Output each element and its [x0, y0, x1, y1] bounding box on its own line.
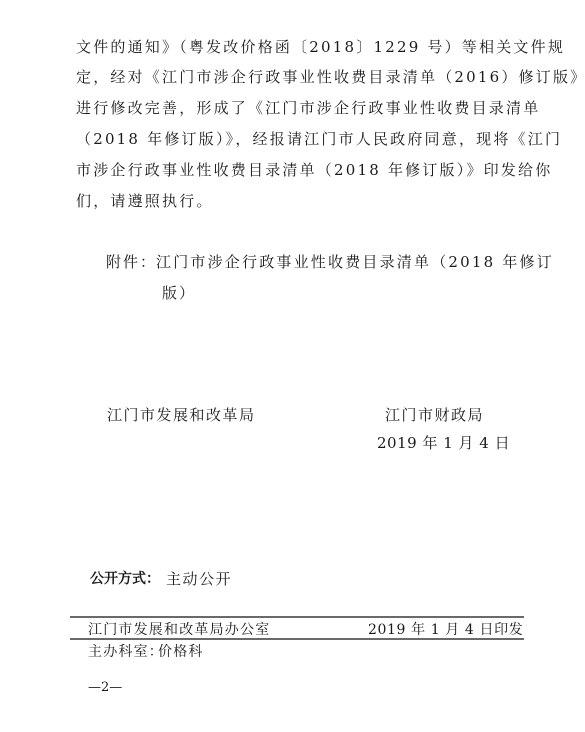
footer-rule-bottom — [70, 638, 524, 640]
body-line-6: 们，请遵照执行。 — [76, 191, 536, 211]
signature-left-org: 江门市发展和改革局 — [107, 405, 256, 425]
attachment-title-line1: 江门市涉企行政事业性收费目录清单（2018 年修订 — [156, 252, 554, 272]
signature-date: 2019 年 1 月 4 日 — [377, 433, 510, 453]
footer-issue-date: 2019 年 1 月 4 日印发 — [368, 620, 523, 640]
body-line-3: 进行修改完善，形成了《江门市涉企行政事业性收费目录清单 — [76, 98, 536, 118]
footer-rule-top — [70, 616, 524, 618]
body-line-1: 文件的通知》（粤发改价格函〔2018〕1229 号）等相关文件规 — [76, 37, 536, 57]
attachment-title-line2: 版） — [162, 283, 196, 303]
footer-dept-label: 主办科室： — [88, 642, 164, 662]
page-number: —2— — [88, 678, 122, 698]
body-line-5: 市涉企行政事业性收费目录清单（2018 年修订版）》印发给你 — [76, 160, 536, 180]
signature-right-org: 江门市财政局 — [385, 405, 484, 425]
body-line-4: （2018 年修订版）》，经报请江门市人民政府同意，现将《江门 — [76, 129, 536, 149]
disclosure-label: 公开方式： — [90, 569, 160, 589]
attachment-label: 附件： — [106, 252, 157, 272]
body-line-2: 定，经对《江门市涉企行政事业性收费目录清单（2016）修订版》 — [76, 67, 536, 87]
disclosure-value: 主动公开 — [166, 569, 232, 589]
footer-issuer: 江门市发展和改革局办公室 — [88, 620, 270, 640]
footer-dept-value: 价格科 — [158, 642, 204, 662]
